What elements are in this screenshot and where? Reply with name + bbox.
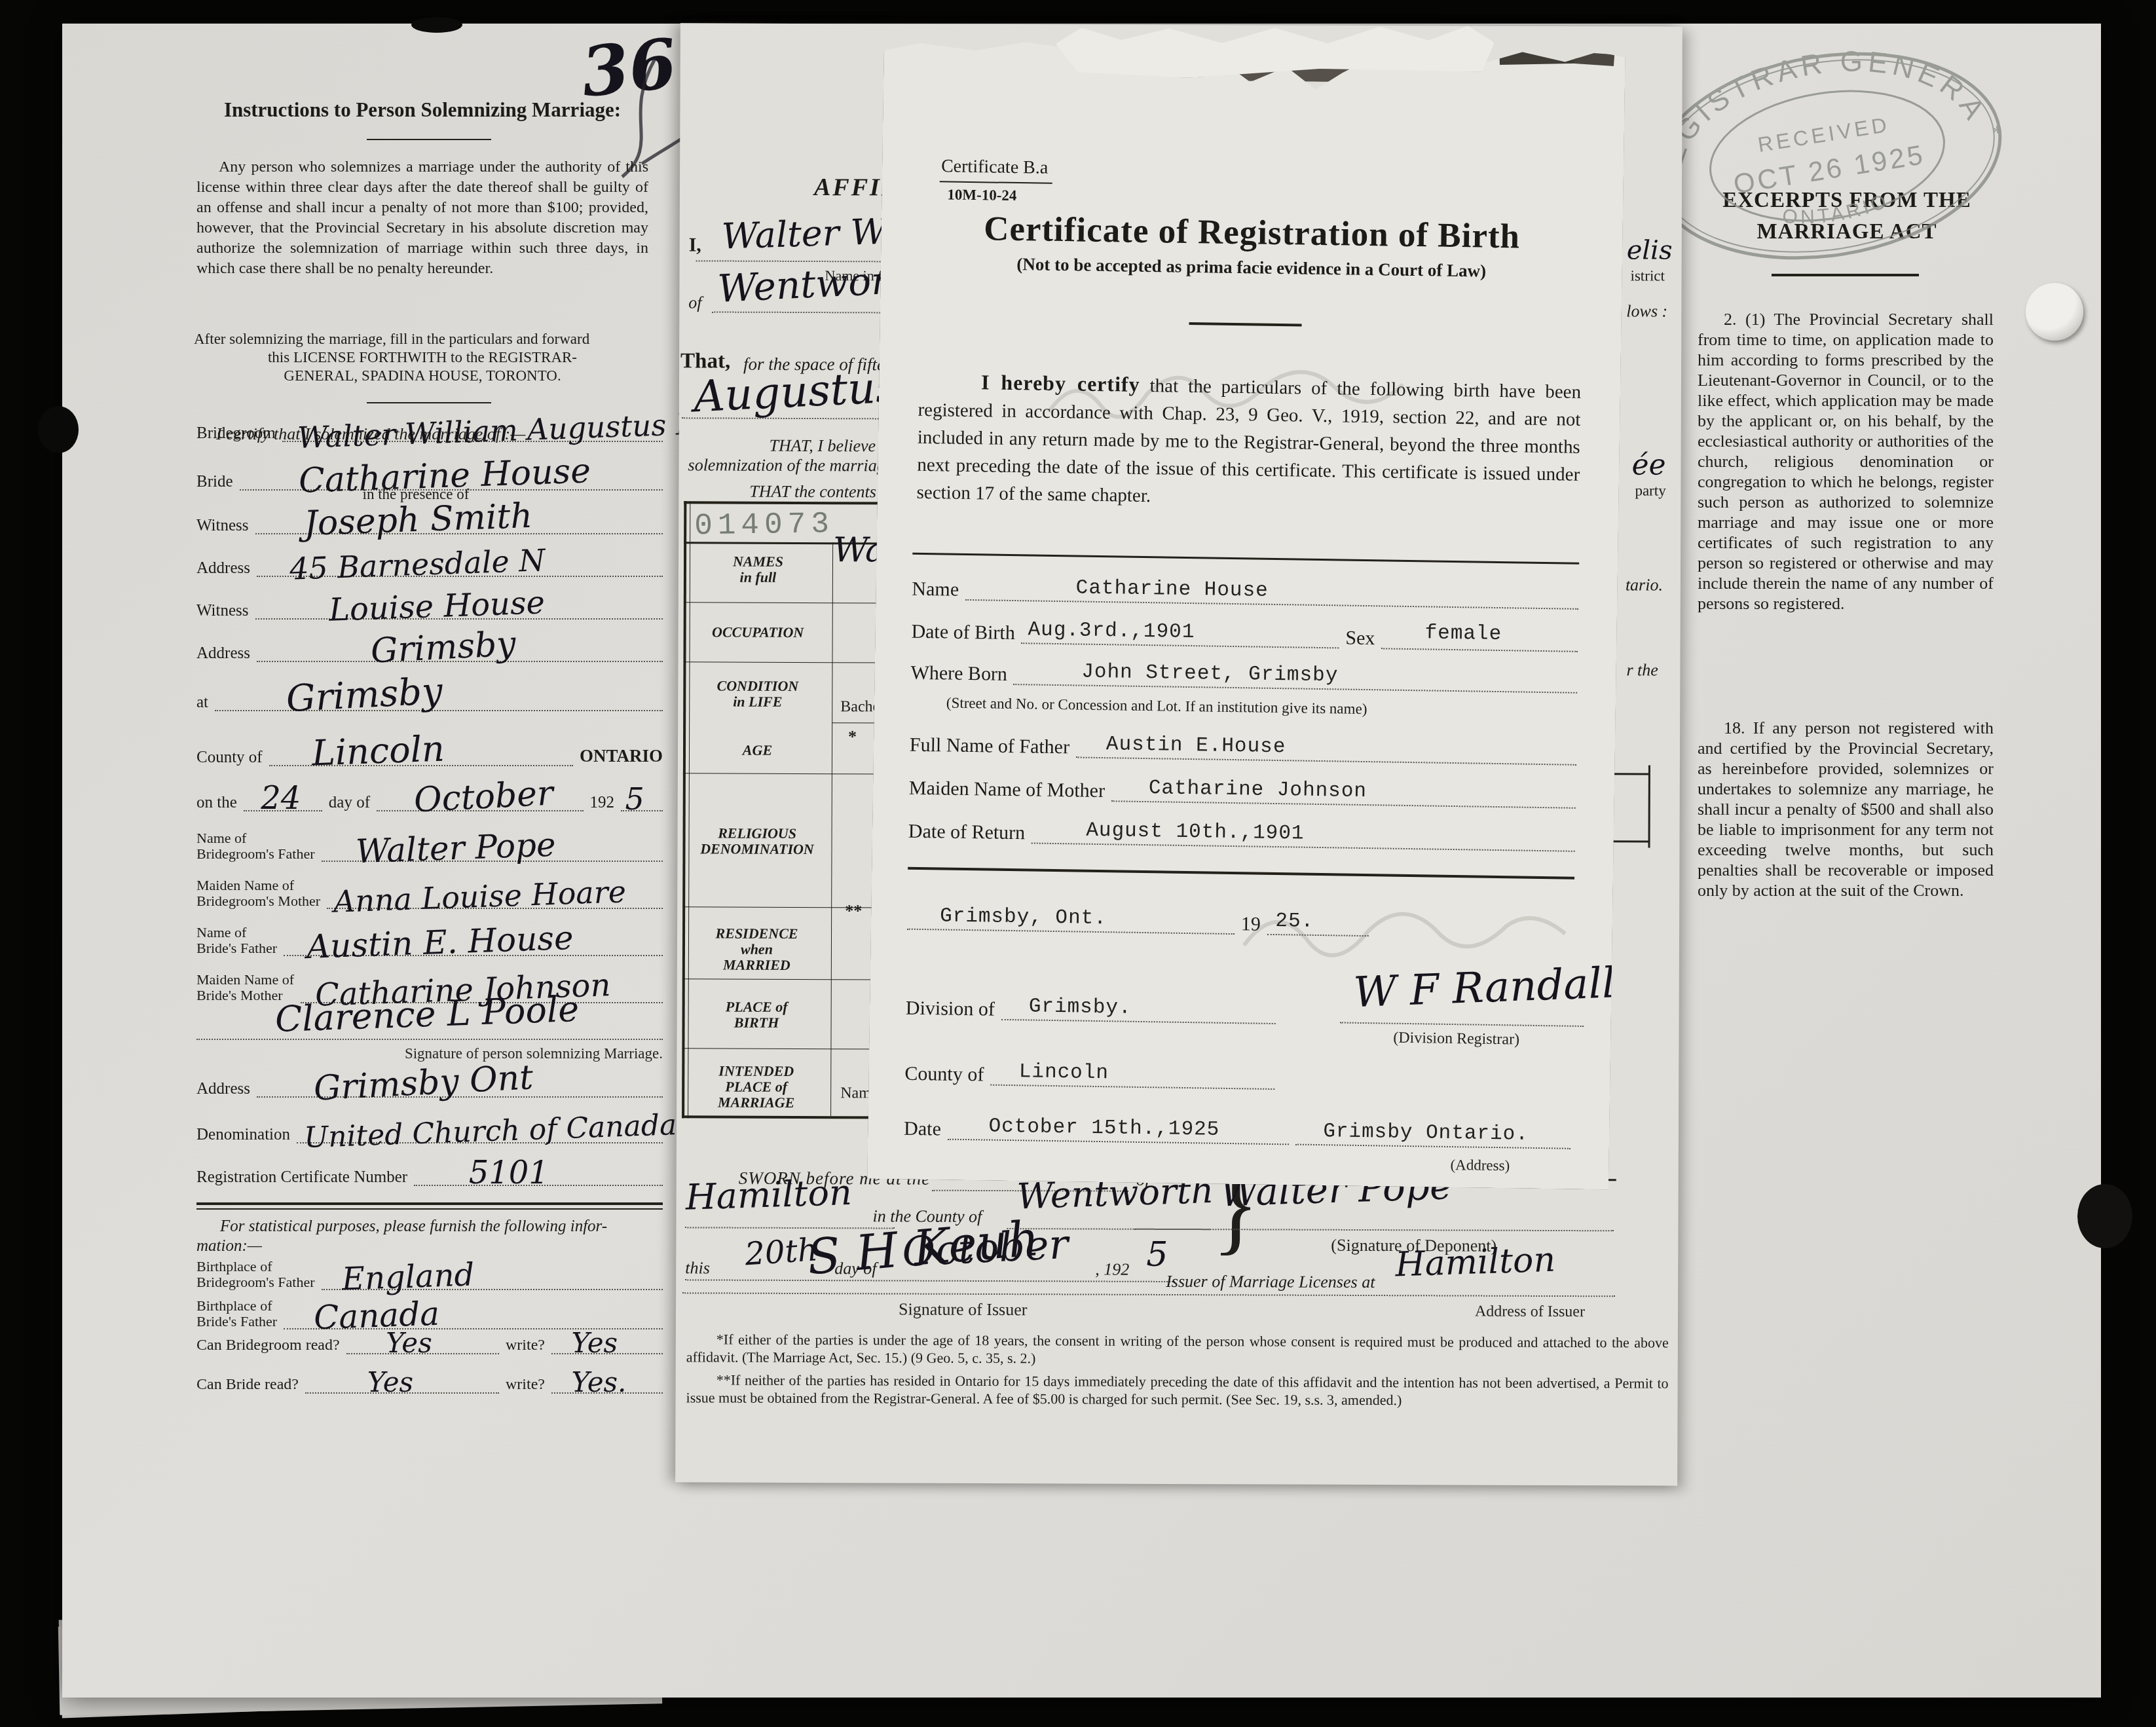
- handwritten-day: 24: [261, 783, 301, 814]
- instructions-paragraph: Any person who solemnizes a marriage und…: [196, 157, 648, 279]
- field-label: Bridegroom: [196, 424, 276, 442]
- certificate-title: Certificate of Registration of Birth: [881, 208, 1623, 258]
- dotted-line: Yes: [346, 1346, 499, 1354]
- handwritten-value: Walter Pope: [355, 828, 556, 868]
- typed-value: 25.: [1275, 910, 1314, 933]
- table-label-age: AGE: [683, 742, 832, 758]
- dotted-line: Walter William Augustus Pope: [282, 434, 663, 442]
- cert-row-born: Where Born John Street, Grimsby: [910, 663, 1577, 694]
- dotted-line: United Church of Canada: [297, 1136, 663, 1143]
- year-prefix: 192: [590, 794, 615, 811]
- table-row-line: [682, 906, 902, 908]
- cert-row-place: Grimsby, Ont. 19 25.: [907, 909, 1369, 937]
- dotted-line: Catharine Johnson: [1111, 794, 1576, 809]
- table-label-birthplace: PLACE of BIRTH: [682, 999, 831, 1030]
- footnote-star: *: [848, 727, 857, 747]
- table-row-line: [682, 978, 902, 980]
- sworn-this: this: [685, 1258, 710, 1278]
- cert-row-dob: Date of Birth Aug.3rd.,1901 Sex female: [911, 622, 1578, 652]
- field-label: Witness: [196, 517, 249, 534]
- dotted-line: Austin E. House: [284, 948, 663, 956]
- stamp-arc-bottom: ONTARIO: [1779, 189, 1893, 234]
- dotted-line: [1340, 1022, 1584, 1027]
- field-label: County of: [904, 1064, 984, 1086]
- dotted-line: Lincoln: [269, 758, 573, 766]
- signature-line: [196, 1039, 663, 1040]
- label-underline: [940, 181, 1052, 184]
- edge-fragment-party: party: [1635, 482, 1665, 499]
- handwritten-value: Yes: [386, 1329, 432, 1357]
- edge-fragment-hw: elis: [1627, 237, 1673, 263]
- section-rule: [908, 867, 1574, 880]
- handwritten-value: 5101: [469, 1157, 549, 1189]
- field-label: Can Bridegroom read?: [196, 1337, 340, 1354]
- long-rule: [912, 553, 1579, 565]
- field-label: Division of: [906, 998, 995, 1020]
- handwritten-value: Yes.: [572, 1369, 627, 1396]
- cert-row-father: Full Name of Father Austin E.House: [910, 735, 1576, 766]
- issuer-place-handwritten: Hamilton: [1395, 1243, 1556, 1282]
- handwritten-year: 5: [625, 784, 644, 814]
- instructions-title: Instructions to Person Solemnizing Marri…: [196, 98, 648, 122]
- typed-value: August 10th.,1901: [1086, 819, 1305, 845]
- table-row-line: [684, 602, 903, 603]
- dotted-line: Grimsby Ontario.: [1295, 1138, 1571, 1149]
- cert-row-county: County of Lincoln: [904, 1064, 1274, 1090]
- edge-fragment-district: istrict: [1631, 267, 1665, 284]
- handwritten-value: 45 Barnesdale N: [289, 545, 546, 584]
- act-paragraph-2: 2. (1) The Provincial Secretary shall fr…: [1698, 309, 1994, 614]
- cert-row-date: Date October 15th.,1925 Grimsby Ontario.: [904, 1119, 1571, 1149]
- field-row-can-bride: Can Bride read? Yes write? Yes.: [196, 1377, 663, 1394]
- field-label: Witness: [196, 602, 249, 620]
- typed-value: Lincoln: [1019, 1061, 1109, 1085]
- field-label: Sex: [1345, 628, 1375, 650]
- dotted-line: Aug.3rd.,1901: [1022, 637, 1339, 649]
- dotted-line: Anna Louise Hoare: [327, 901, 663, 909]
- edge-table-line-v: [1648, 766, 1650, 848]
- field-label: Address: [196, 644, 250, 662]
- solemnization-fragment: solemnization of the marriag: [688, 455, 885, 475]
- certificate-subtitle: (Not to be accepted as prima facie evide…: [881, 252, 1622, 284]
- field-row-bp-bg-father: Birthplace of Bridegroom's Father Englan…: [196, 1259, 663, 1290]
- handwritten-value: Yes: [572, 1329, 618, 1357]
- footnote-double-star: **: [845, 901, 862, 921]
- field-row-address1: Address 45 Barnesdale N: [196, 559, 663, 577]
- sworn-city-handwritten: Hamilton: [685, 1175, 853, 1216]
- field-label: Date of Birth: [911, 622, 1015, 644]
- issuer-address-caption: Address of Issuer: [1475, 1303, 1585, 1322]
- field-label: write?: [506, 1377, 545, 1394]
- cert-row-name: Name Catharine House: [912, 579, 1578, 610]
- table-border-top: [684, 501, 903, 504]
- footnote-1: *If either of the parties is under the a…: [686, 1330, 1669, 1369]
- table-row-line: [683, 661, 902, 663]
- field-label: Name: [912, 579, 959, 601]
- field-label: Name of Bridegroom's Father: [196, 830, 315, 862]
- rule: [367, 402, 491, 403]
- field-row-bridegroom: Bridegroom Walter William Augustus Pope: [196, 424, 663, 442]
- dotted-line: 25.: [1267, 927, 1369, 937]
- table-label-names: NAMES in full: [684, 553, 832, 585]
- issuer-signature: S H Keuh: [806, 1214, 1041, 1282]
- table-row-line: [682, 1048, 901, 1049]
- issuer-line: Issuer of Marriage Licenses at: [1166, 1272, 1375, 1292]
- footnote-2: **If neither of the parties has resided …: [686, 1371, 1669, 1409]
- dotted-line: 45 Barnesdale N: [257, 569, 663, 577]
- dotted-line: October: [377, 804, 584, 811]
- dotted-line: Austin E.House: [1076, 751, 1576, 766]
- svg-text:ONTARIO: ONTARIO: [1779, 189, 1893, 234]
- edge-fragment-hw2: ée: [1631, 451, 1665, 479]
- table-label-occupation: OCCUPATION: [684, 624, 832, 641]
- field-row-reg-number: Registration Certificate Number 5101: [196, 1168, 663, 1186]
- field-row-denomination: Denomination United Church of Canada: [196, 1126, 663, 1143]
- edge-fragment-tario: tario.: [1626, 575, 1663, 595]
- cert-address-caption: (Address): [1450, 1157, 1510, 1174]
- typed-value: Grimsby Ontario.: [1323, 1121, 1529, 1147]
- certify-body: that the particulars of the following bi…: [916, 375, 1581, 506]
- dotted-line: [682, 1292, 1615, 1297]
- edge-fragment-follows: lows :: [1626, 301, 1667, 321]
- field-label: Address: [196, 1080, 250, 1098]
- handwritten-month: October: [413, 776, 554, 817]
- typed-value: Grimsby.: [1029, 995, 1132, 1020]
- dotted-line: female: [1381, 642, 1578, 652]
- field-label: Can Bride read?: [196, 1377, 299, 1394]
- printed-I: I,: [689, 234, 701, 256]
- forward-paragraph-line3: GENERAL, SPADINA HOUSE, TORONTO.: [196, 367, 648, 384]
- of-label: of: [688, 293, 701, 312]
- statistics-intro: For statistical purposes, please furnish…: [196, 1217, 663, 1256]
- cert-row-mother: Maiden Name of Mother Catharine Johnson: [909, 778, 1576, 809]
- certify-paragraph: I hereby certify that the particulars of…: [916, 367, 1581, 516]
- field-label: Name of Bride's Father: [196, 925, 277, 956]
- stamp-star-right: *: [1991, 121, 2004, 144]
- handwritten-value: Grimsby: [369, 627, 516, 669]
- issuer-signature-caption: Signature of Issuer: [899, 1300, 1028, 1320]
- field-row-witness1: Witness Joseph Smith: [196, 517, 663, 534]
- rule: [367, 139, 491, 140]
- dotted-line: October 15th.,1925: [948, 1132, 1289, 1145]
- dotted-line: Grimsby, Ont.: [907, 922, 1235, 935]
- dotted-line: [685, 1279, 1175, 1282]
- dotted-line: Joseph Smith: [255, 527, 663, 534]
- field-label: Full Name of Father: [910, 735, 1070, 758]
- field-label: Address: [196, 559, 250, 577]
- dotted-line: John Street, Grimsby: [1014, 677, 1578, 694]
- forward-paragraph-line2: this LICENSE FORTHWITH to the REGISTRAR-: [196, 349, 648, 366]
- dotted-line: [1134, 1229, 1614, 1232]
- dotted-line: Yes.: [551, 1386, 663, 1394]
- field-label: Registration Certificate Number: [196, 1168, 407, 1186]
- punch-hole: [2026, 283, 2083, 341]
- province-label: ONTARIO: [580, 746, 663, 766]
- field-label: day of: [329, 794, 370, 811]
- short-rule: [1189, 322, 1302, 327]
- cert-row-return: Date of Return August 10th.,1901: [908, 821, 1575, 852]
- field-row-can-bridegroom: Can Bridegroom read? Yes write? Yes: [196, 1337, 663, 1354]
- cert-row-division: Division of Grimsby.: [906, 998, 1276, 1025]
- double-rule: [196, 1202, 663, 1205]
- page-edge-notch: [411, 17, 462, 33]
- cert-street-note: (Street and No. or Concession and Lot. I…: [946, 695, 1367, 718]
- dotted-line: Grimsby.: [1001, 1012, 1276, 1024]
- table-label-religion: RELIGIOUS DENOMINATION: [682, 825, 831, 857]
- sworn-year-printed: , 192: [1095, 1260, 1129, 1280]
- certificate-form-label: Certificate B.a: [941, 156, 1049, 178]
- handwritten-value: Austin E. House: [306, 921, 574, 963]
- dotted-line: Grimsby: [215, 703, 663, 711]
- handwritten-value: Louise House: [328, 587, 546, 625]
- printed-19: 19: [1241, 914, 1261, 935]
- dotted-line: Yes: [551, 1346, 663, 1354]
- typed-value: Grimsby, Ont.: [940, 905, 1107, 931]
- sworn-year-handwritten: 5: [1146, 1238, 1168, 1272]
- field-row-witness2: Witness Louise House: [196, 602, 663, 620]
- field-label: write?: [506, 1337, 545, 1354]
- typed-value: female: [1424, 622, 1502, 646]
- field-label: Where Born: [910, 663, 1007, 686]
- serial-number-stamp: 014073: [694, 507, 834, 543]
- handwritten-value: Yes: [367, 1369, 414, 1396]
- field-row-address3: Address Grimsby Ont: [196, 1080, 663, 1098]
- typed-value: October 15th.,1925: [988, 1115, 1219, 1142]
- typed-value: Austin E.House: [1106, 734, 1286, 759]
- double-rule: [196, 1208, 663, 1210]
- dotted-line: 24: [244, 804, 322, 811]
- field-label: Date: [904, 1119, 941, 1140]
- typed-value: Aug.3rd.,1901: [1028, 619, 1195, 644]
- table-label-residence: RESIDENCE when MARRIED: [682, 925, 831, 973]
- dotted-line: [712, 312, 885, 314]
- certificate-form-code: 10M-10-24: [947, 186, 1016, 204]
- rule: [1772, 274, 1919, 276]
- field-row-at: at Grimsby: [196, 694, 663, 711]
- field-label: Birthplace of Bridegroom's Father: [196, 1259, 315, 1290]
- that-contents-fragment: THAT the contents se: [749, 482, 895, 502]
- dotted-line: Catharine House: [965, 593, 1578, 610]
- division-registrar-caption: (Division Registrar): [1393, 1030, 1519, 1049]
- field-row-bp-bride-father: Birthplace of Bride's Father Canada: [196, 1298, 663, 1329]
- forward-paragraph-line1: After solemnizing the marriage, fill in …: [194, 331, 652, 348]
- certify-lead-blackletter: I hereby certify: [981, 370, 1140, 396]
- field-row-bg-father: Name of Bridegroom's Father Walter Pope: [196, 830, 663, 862]
- act-paragraph-18: 18. If any person not registered with an…: [1698, 718, 1994, 901]
- field-row-county: County of Lincoln ONTARIO: [196, 746, 663, 766]
- table-label-intended: INTENDED PLACE of MARRIAGE: [682, 1063, 830, 1110]
- field-row-address2: Address Grimsby: [196, 644, 663, 662]
- dotted-line: England: [322, 1282, 663, 1290]
- dotted-line: August 10th.,1901: [1032, 836, 1575, 852]
- page-edge-notch: [38, 406, 79, 453]
- dotted-line: Walter Pope: [322, 854, 663, 862]
- handwritten-value: Grimsby: [286, 673, 443, 718]
- handwritten-value: Joseph Smith: [303, 499, 532, 541]
- dotted-line: 5: [621, 804, 663, 811]
- dotted-line: Lincoln: [990, 1078, 1274, 1090]
- handwritten-value: Anna Louise Hoare: [333, 876, 627, 917]
- field-row-bride-father: Name of Bride's Father Austin E. House: [196, 925, 663, 956]
- dotted-line: Grimsby Ont: [257, 1090, 663, 1098]
- dotted-line: Louise House: [255, 612, 663, 620]
- division-registrar-signature: W F Randall: [1352, 962, 1616, 1014]
- typed-value: John Street, Grimsby: [1081, 661, 1339, 688]
- typed-value: Catharine Johnson: [1149, 777, 1367, 804]
- field-row-bg-mother: Maiden Name of Bridegroom's Mother Anna …: [196, 878, 663, 909]
- field-label: on the: [196, 794, 237, 811]
- field-label: Denomination: [196, 1126, 290, 1143]
- field-label: Maiden Name of Mother: [909, 778, 1106, 802]
- field-row-date: on the 24 day of October 192 5: [196, 794, 663, 811]
- birth-certificate-sheet: Certificate B.a 10M-10-24 Certificate of…: [867, 36, 1626, 1190]
- dotted-line: Grimsby: [257, 654, 663, 662]
- solemnizer-signature: Clarence L Poole: [274, 992, 580, 1037]
- typed-value: Catharine House: [1075, 577, 1269, 603]
- field-label: County of: [196, 749, 263, 766]
- field-label: at: [196, 694, 208, 711]
- table-label-condition: CONDITION in LIFE: [683, 678, 832, 709]
- table-row-line: [683, 773, 902, 774]
- page-edge-notch: [2077, 1184, 2132, 1248]
- field-label: Date of Return: [908, 821, 1026, 844]
- dotted-line: Yes: [305, 1386, 499, 1394]
- field-label: Birthplace of Bride's Father: [196, 1298, 277, 1329]
- field-label: Bride: [196, 473, 233, 491]
- handwritten-value: Lincoln: [311, 731, 445, 771]
- edge-fragment-rthe: r the: [1626, 660, 1658, 680]
- handwritten-value: England: [341, 1259, 475, 1295]
- field-label: Maiden Name of Bridegroom's Mother: [196, 878, 320, 909]
- dotted-line: 5101: [414, 1178, 663, 1186]
